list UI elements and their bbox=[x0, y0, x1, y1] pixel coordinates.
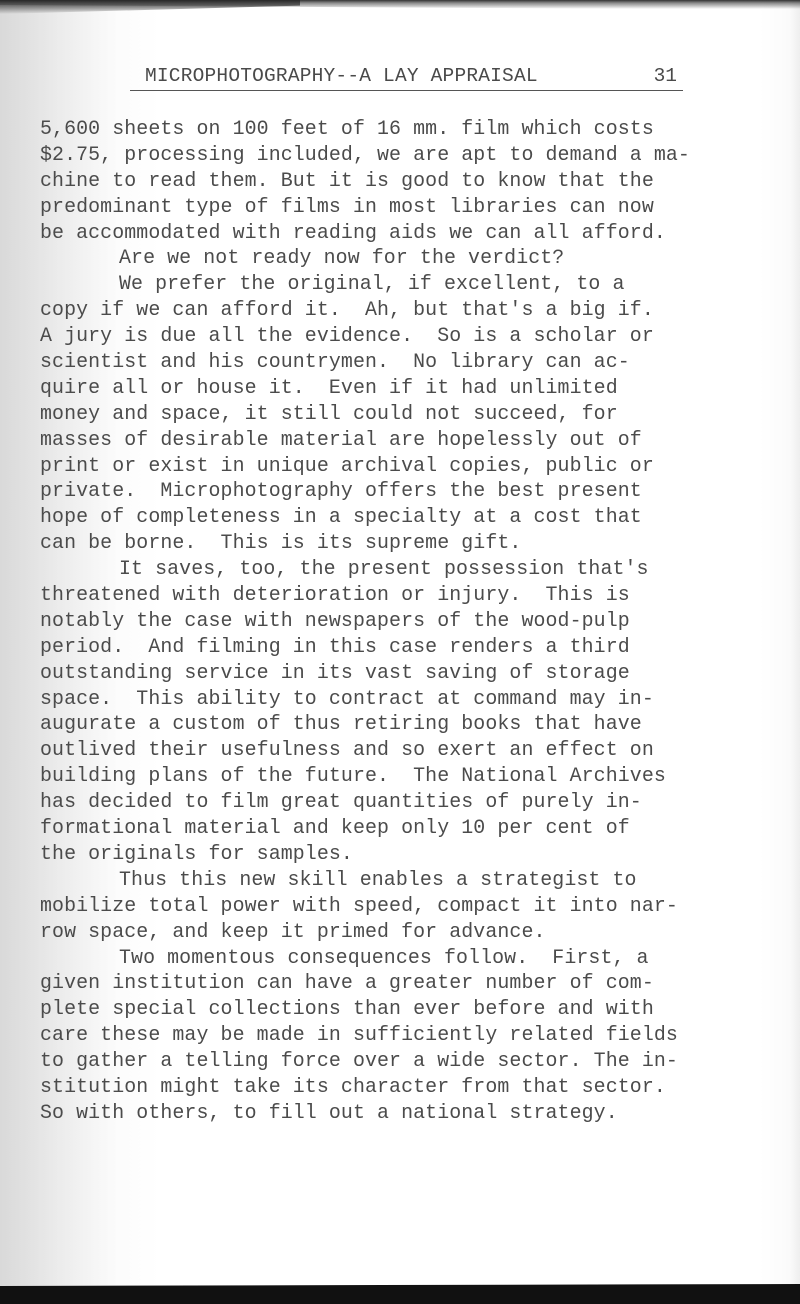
text-line: augurate a custom of thus retiring books… bbox=[40, 711, 740, 737]
text-line: So with others, to fill out a national s… bbox=[40, 1100, 740, 1126]
text-line: Two momentous consequences follow. First… bbox=[40, 945, 740, 971]
text-line: threatened with deterioration or injury.… bbox=[40, 582, 740, 608]
text-line: outstanding service in its vast saving o… bbox=[40, 660, 740, 686]
text-line: money and space, it still could not succ… bbox=[40, 401, 740, 427]
running-head: MICROPHOTOGRAPHY--A LAY APPRAISAL 31 bbox=[130, 62, 683, 91]
text-line: copy if we can afford it. Ah, but that's… bbox=[40, 297, 740, 323]
text-line: building plans of the future. The Nation… bbox=[40, 763, 740, 789]
text-line: stitution might take its character from … bbox=[40, 1074, 740, 1100]
text-line: It saves, too, the present possession th… bbox=[40, 556, 740, 582]
running-title: MICROPHOTOGRAPHY--A LAY APPRAISAL bbox=[145, 62, 538, 90]
text-line: notably the case with newspapers of the … bbox=[40, 608, 740, 634]
text-line: the originals for samples. bbox=[40, 841, 740, 867]
text-line: has decided to film great quantities of … bbox=[40, 789, 740, 815]
text-line: period. And filming in this case renders… bbox=[40, 634, 740, 660]
text-line: print or exist in unique archival copies… bbox=[40, 453, 740, 479]
text-line: masses of desirable material are hopeles… bbox=[40, 427, 740, 453]
text-line: predominant type of films in most librar… bbox=[40, 194, 740, 220]
text-line: $2.75, processing included, we are apt t… bbox=[40, 142, 740, 168]
text-line: We prefer the original, if excellent, to… bbox=[40, 271, 740, 297]
text-line: scientist and his countrymen. No library… bbox=[40, 349, 740, 375]
text-line: Are we not ready now for the verdict? bbox=[40, 245, 740, 271]
text-line: chine to read them. But it is good to kn… bbox=[40, 168, 740, 194]
page-number: 31 bbox=[654, 62, 677, 90]
text-line: row space, and keep it primed for advanc… bbox=[40, 919, 740, 945]
text-line: plete special collections than ever befo… bbox=[40, 996, 740, 1022]
text-line: formational material and keep only 10 pe… bbox=[40, 815, 740, 841]
text-line: Thus this new skill enables a strategist… bbox=[40, 867, 740, 893]
text-line: care these may be made in sufficiently r… bbox=[40, 1022, 740, 1048]
text-line: outlived their usefulness and so exert a… bbox=[40, 737, 740, 763]
text-line: can be borne. This is its supreme gift. bbox=[40, 530, 740, 556]
text-line: mobilize total power with speed, compact… bbox=[40, 893, 740, 919]
text-line: A jury is due all the evidence. So is a … bbox=[40, 323, 740, 349]
text-line: private. Microphotography offers the bes… bbox=[40, 478, 740, 504]
scanned-page: MICROPHOTOGRAPHY--A LAY APPRAISAL 31 5,6… bbox=[0, 0, 800, 1304]
text-line: 5,600 sheets on 100 feet of 16 mm. film … bbox=[40, 116, 740, 142]
text-line: hope of completeness in a specialty at a… bbox=[40, 504, 740, 530]
text-line: to gather a telling force over a wide se… bbox=[40, 1048, 740, 1074]
text-line: space. This ability to contract at comma… bbox=[40, 686, 740, 712]
text-line: quire all or house it. Even if it had un… bbox=[40, 375, 740, 401]
bottom-edge-shadow bbox=[0, 1284, 800, 1304]
text-line: be accommodated with reading aids we can… bbox=[40, 220, 740, 246]
text-line: given institution can have a greater num… bbox=[40, 970, 740, 996]
body-text: 5,600 sheets on 100 feet of 16 mm. film … bbox=[40, 116, 740, 1126]
